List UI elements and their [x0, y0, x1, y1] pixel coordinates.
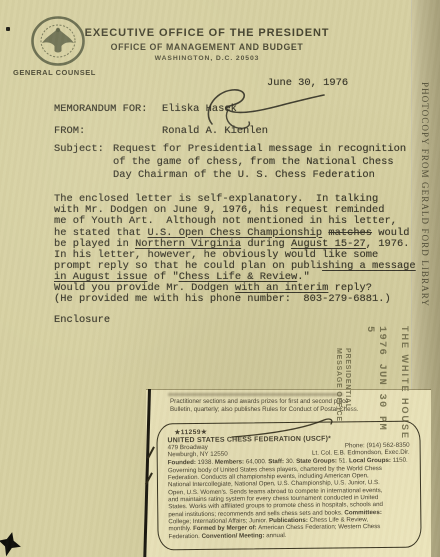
text-line: Day Chairman of the U. S. Chess Federati…	[113, 169, 406, 182]
letterhead-office: OFFICE OF MANAGEMENT AND BUDGET	[57, 42, 357, 52]
general-counsel-label: GENERAL COUNSEL	[13, 68, 96, 77]
memo-from-label: FROM:	[54, 125, 85, 137]
white-house-received-stamp: THE WHITE HOUSE 1976 JUN 30 PM 5 PRESIDE…	[334, 326, 410, 446]
stamp-datetime: 1976 JUN 30 PM 5	[364, 326, 388, 446]
enclosure-label: Enclosure	[54, 314, 110, 326]
text-line: Bulletin, quarterly; also publishes Rule…	[170, 406, 358, 414]
body-paragraph-1: The enclosed letter is self-explanatory.…	[54, 194, 416, 284]
text-line: Practitioner sections and awards prizes …	[170, 398, 358, 406]
text-line: Federation. Convention/ Meeting: annual.	[168, 530, 410, 540]
clipping-cutoff-line	[168, 393, 343, 396]
previous-entry-text: Practitioner sections and awards prizes …	[170, 398, 358, 414]
stamp-office-line1: PRESIDENTIAL	[343, 348, 352, 446]
scanned-memo-page: PHOTOCOPY FROM GERALD FORD LIBRARY GENER…	[0, 0, 440, 557]
black-star-mark-icon	[0, 532, 22, 557]
text-line: (He provided me with his phone number: 8…	[54, 294, 391, 305]
text-line: of the game of chess, from the National …	[113, 156, 406, 169]
memo-subject-lines: Request for Presidential message in reco…	[113, 143, 406, 182]
photocopy-margin-label: PHOTOCOPY FROM GERALD FORD LIBRARY	[420, 82, 430, 334]
letterhead-address: WASHINGTON, D.C. 20503	[57, 55, 357, 62]
memo-to-label: MEMORANDUM FOR:	[54, 103, 148, 115]
stamp-office-line2: MESSAGE OFFICE	[334, 348, 343, 446]
body-paragraph-2: Would you provide Mr. Dodgen with an int…	[54, 283, 391, 305]
stamp-agency: THE WHITE HOUSE	[400, 326, 410, 446]
black-dot-mark	[6, 27, 10, 31]
letterhead: EXECUTIVE OFFICE OF THE PRESIDENT OFFICE…	[57, 27, 357, 62]
signature-icon	[198, 84, 333, 141]
entry-city: Newburgh, NY 12550	[168, 451, 228, 459]
entry-body-text: Founded: 1938. Members: 64,000. Staff: 3…	[168, 457, 411, 540]
letterhead-agency: EXECUTIVE OFFICE OF THE PRESIDENT	[57, 27, 357, 39]
text-line: Request for Presidential message in reco…	[113, 143, 406, 156]
memo-subject-label: Subject:	[54, 143, 104, 155]
pen-swoosh-icon	[228, 416, 338, 447]
stamp-office: PRESIDENTIAL MESSAGE OFFICE	[334, 326, 351, 446]
